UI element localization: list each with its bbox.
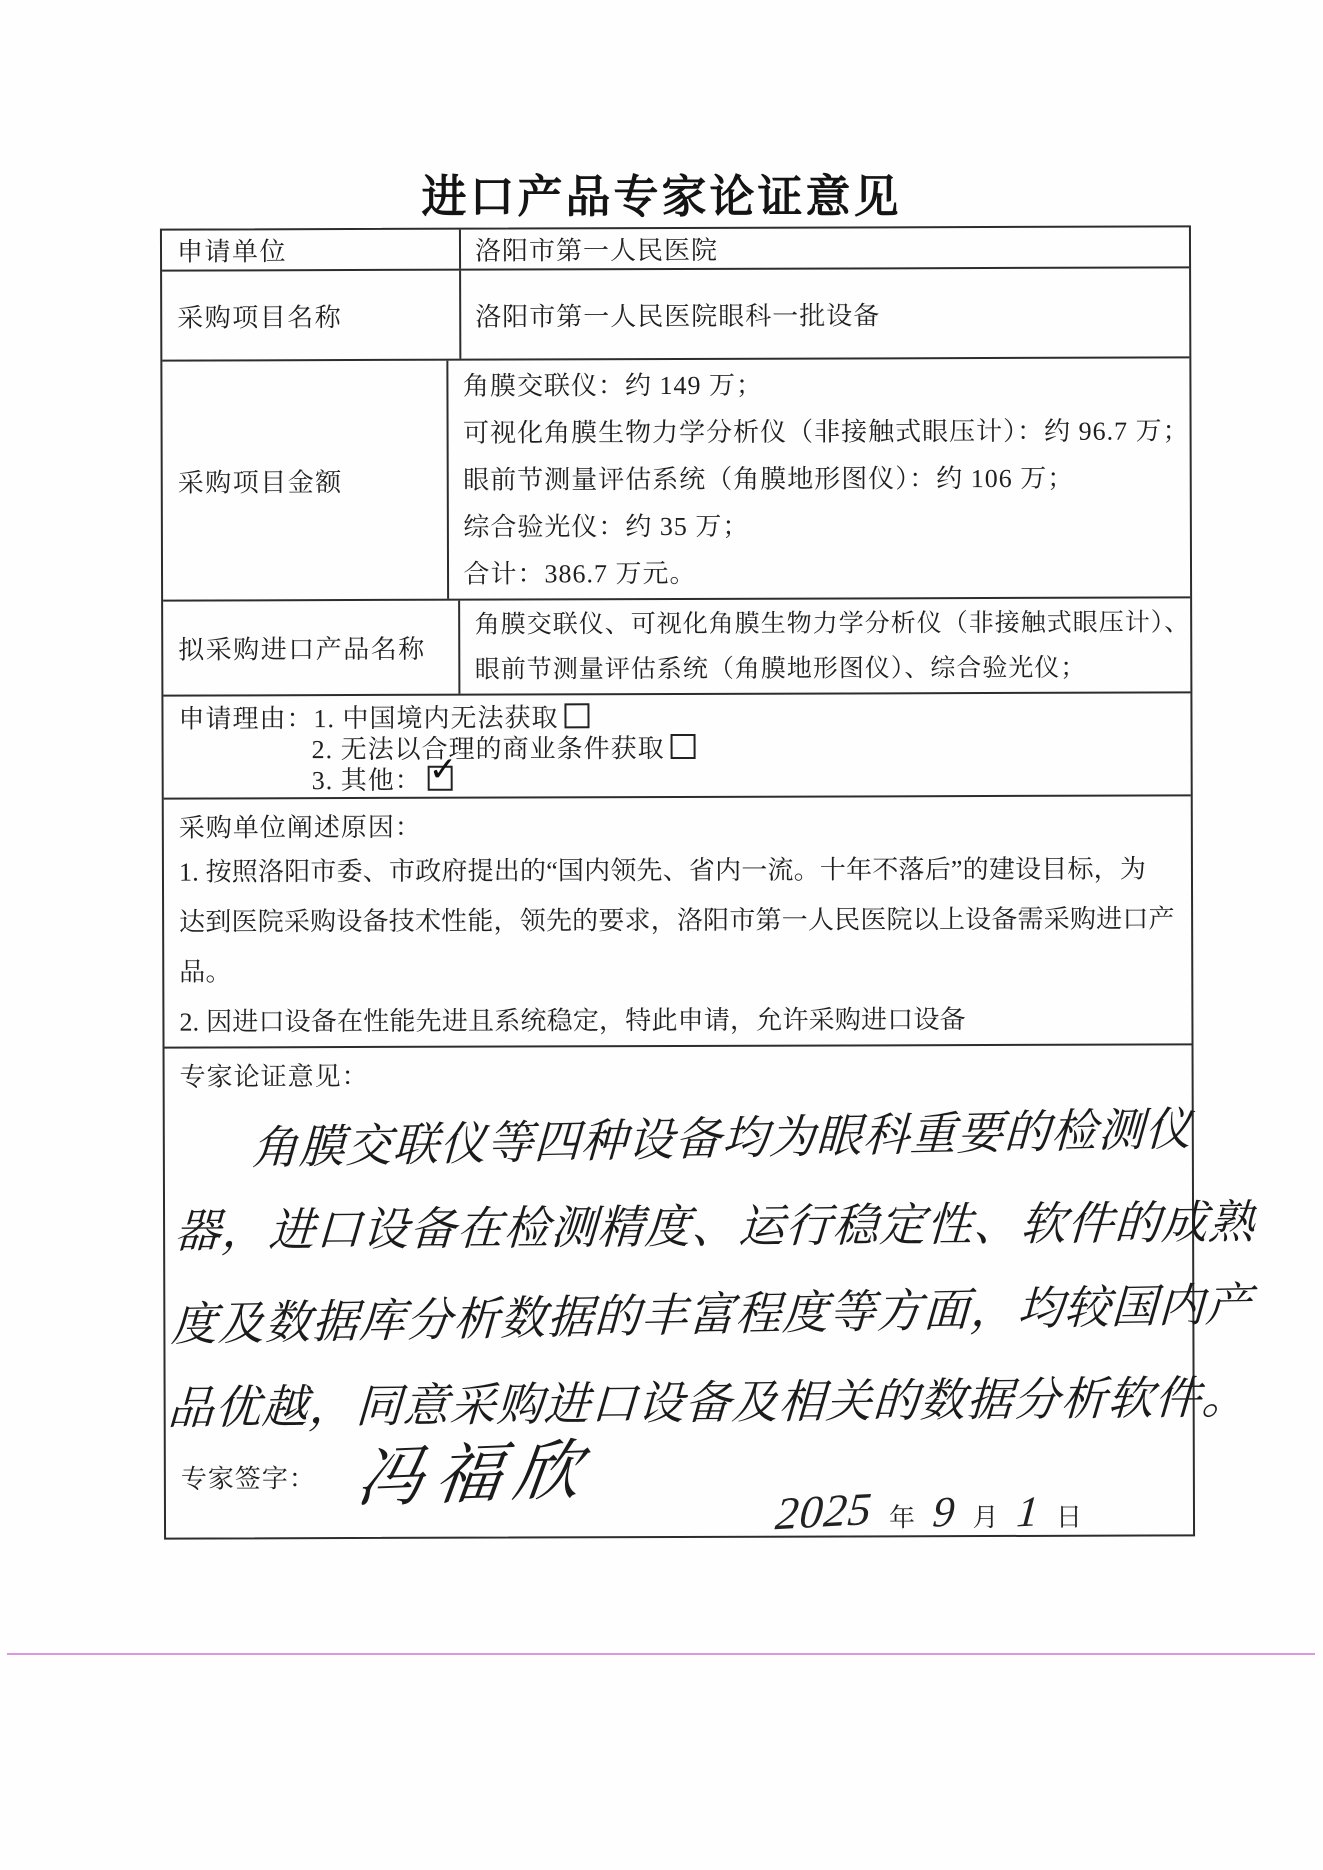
apply-reason-line-3: 3. 其他：✓ [312, 764, 696, 796]
apply-reason-line-2: 2. 无法以合理的商业条件获取 [312, 733, 696, 765]
apply-reason-cell: 申请理由：1. 中国境内无法获取 2. 无法以合理的商业条件获取 3. 其他：✓ [163, 695, 695, 798]
apply-reason-prefix: 申请理由： [178, 704, 313, 733]
amount-line: 眼前节测量评估系统（角膜地形图仪）：约 106 万； [463, 454, 1074, 503]
expert-opinion-cell: 专家论证意见： 角膜交联仪等四种设备均为眼科重要的检测仪 器，进口设备在检测精度… [165, 1045, 1263, 1537]
amount-line: 角膜交联仪：约 149 万； [463, 361, 763, 409]
project-name-label: 采购项目名称 [162, 271, 461, 360]
purchaser-reason-line: 1. 按照洛阳市委、市政府提出的“国内领先、省内一流。十年不落后”的建设目标，为 [179, 844, 1175, 897]
project-amount-value: 角膜交联仪：约 149 万； 可视化角膜生物力学分析仪（非接触式眼压计）：约 9… [449, 358, 1190, 598]
row-expert-opinion: 专家论证意见： 角膜交联仪等四种设备均为眼科重要的检测仪 器，进口设备在检测精度… [165, 1045, 1194, 1537]
import-products-value: 角膜交联仪、可视化角膜生物力学分析仪（非接触式眼压计）、 眼前节测量评估系统（角… [461, 598, 1191, 693]
year-unit-label: 年 [889, 1497, 916, 1534]
scanner-pink-line-artifact [7, 1653, 1315, 1655]
handwritten-month: 9 [931, 1488, 958, 1538]
row-project-amount: 采购项目金额 角膜交联仪：约 149 万； 可视化角膜生物力学分析仪（非接触式眼… [162, 358, 1190, 601]
row-apply-reason: 申请理由：1. 中国境内无法获取 2. 无法以合理的商业条件获取 3. 其他：✓ [163, 693, 1190, 799]
applicant-value: 洛阳市第一人民医院 [461, 227, 1189, 268]
handwritten-line: 度及数据库分析数据的丰富程度等方面，均较国内产 [170, 1261, 1254, 1369]
amount-line-total: 合计：386.7 万元。 [463, 549, 696, 597]
checkbox-unchecked-icon [671, 734, 696, 759]
month-unit-label: 月 [972, 1497, 999, 1534]
applicant-label: 申请单位 [162, 230, 461, 270]
apply-reason-option-1: 1. 中国境内无法获取 [313, 703, 558, 733]
row-purchaser-reason: 采购单位阐述原因： 1. 按照洛阳市委、市政府提出的“国内领先、省内一流。十年不… [164, 796, 1192, 1048]
handwritten-line: 品优越，同意采购进口设备及相关的数据分析软件。 [166, 1354, 1250, 1453]
project-name-value: 洛阳市第一人民医院眼科一批设备 [461, 268, 1189, 358]
handwritten-line: 角膜交联仪等四种设备均为眼科重要的检测仪 [176, 1084, 1260, 1194]
day-unit-label: 日 [1056, 1497, 1083, 1534]
checkmark-icon: ✓ [429, 753, 459, 787]
import-products-line: 角膜交联仪、可视化角膜生物力学分析仪（非接触式眼压计）、 [475, 600, 1191, 647]
purchaser-reason-label: 采购单位阐述原因： [179, 806, 1175, 847]
apply-reason-option-3: 3. 其他： [312, 766, 422, 795]
date-row: 2025 年 9 月 1 日 [776, 1484, 1083, 1538]
amount-line: 可视化角膜生物力学分析仪（非接触式眼压计）：约 96.7 万； [463, 407, 1190, 456]
apply-reason-line-1: 申请理由：1. 中国境内无法获取 [178, 702, 695, 735]
apply-reason-option-2: 2. 无法以合理的商业条件获取 [312, 734, 665, 764]
row-project-name: 采购项目名称 洛阳市第一人民医院眼科一批设备 [162, 268, 1189, 361]
handwritten-day: 1 [1014, 1487, 1041, 1537]
import-products-line: 眼前节测量评估系统（角膜地形图仪）、综合验光仪； [475, 645, 1087, 692]
purchaser-reason-line: 品。 [179, 944, 1175, 997]
document-title: 进口产品专家论证意见 [0, 160, 1323, 225]
purchaser-reason-cell: 采购单位阐述原因： 1. 按照洛阳市委、市政府提出的“国内领先、省内一流。十年不… [164, 796, 1175, 1046]
row-import-products: 拟采购进口产品名称 角膜交联仪、可视化角膜生物力学分析仪（非接触式眼压计）、 眼… [163, 598, 1190, 696]
expert-signature-handwriting: 冯福欣 [353, 1435, 597, 1516]
checkbox-checked-icon: ✓ [428, 766, 453, 791]
purchaser-reason-line: 达到医院采购设备技术性能，领先的要求，洛阳市第一人民医院以上设备需采购进口产 [179, 894, 1175, 947]
form-table: 申请单位 洛阳市第一人民医院 采购项目名称 洛阳市第一人民医院眼科一批设备 采购… [160, 225, 1195, 1539]
checkbox-unchecked-icon [564, 703, 589, 728]
scanned-document-page: 进口产品专家论证意见 申请单位 洛阳市第一人民医院 采购项目名称 洛阳市第一人民… [0, 0, 1323, 1870]
signature-label: 专家签字： [181, 1458, 316, 1495]
expert-opinion-handwriting: 角膜交联仪等四种设备均为眼科重要的检测仪 器，进口设备在检测精度、运行稳定性、软… [166, 1088, 1261, 1455]
purchaser-reason-line: 2. 因进口设备在性能先进且系统稳定，特此申请，允许采购进口设备 [179, 994, 1175, 1047]
import-products-label: 拟采购进口产品名称 [163, 601, 461, 695]
project-amount-label: 采购项目金额 [162, 361, 449, 600]
row-applicant: 申请单位 洛阳市第一人民医院 [162, 227, 1189, 271]
amount-line: 综合验光仪：约 35 万； [463, 502, 749, 550]
handwritten-year: 2025 [773, 1482, 874, 1540]
handwritten-line: 器，进口设备在检测精度、运行稳定性、软件的成熟 [173, 1179, 1258, 1276]
